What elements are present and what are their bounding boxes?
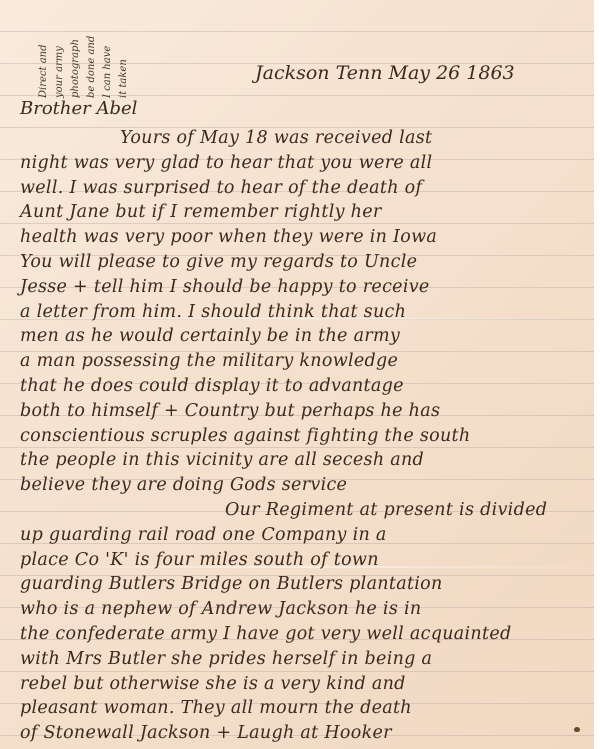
margin-note-line: I can have (102, 46, 113, 98)
margin-note: Direct and your army photograph be done … (36, 6, 136, 96)
letter-line: Our Regiment at present is divided (225, 500, 547, 520)
letter-line: Aunt Jane but if I remember rightly her (20, 202, 382, 222)
letter-line: place Co 'K' is four miles south of town (20, 550, 379, 570)
letter-line: of Stonewall Jackson + Laugh at Hooker (20, 723, 392, 743)
letter-line: the people in this vicinity are all sece… (20, 450, 424, 470)
letter-line: Jesse + tell him I should be happy to re… (20, 277, 430, 297)
letter-line: men as he would certainly be in the army (20, 326, 400, 346)
letter-line: a letter from him. I should think that s… (20, 302, 406, 322)
letter-line: with Mrs Butler she prides herself in be… (20, 649, 432, 669)
letter-line: that he does could display it to advanta… (20, 376, 404, 396)
margin-note-line: be done and (86, 36, 97, 98)
margin-note-line: Direct and (38, 44, 49, 98)
letter-line: the confederate army I have got very wel… (20, 624, 511, 644)
dateline: Jackson Tenn May 26 1863 (255, 62, 515, 84)
letter-line: night was very glad to hear that you wer… (20, 153, 432, 173)
letter-line: both to himself + Country but perhaps he… (20, 401, 440, 421)
margin-note-line: photograph (70, 39, 81, 98)
letter-line: believe they are doing Gods service (20, 475, 347, 495)
letter-line: You will please to give my regards to Un… (20, 252, 417, 272)
letter-line: conscientious scruples against fighting … (20, 426, 470, 446)
letter-line: who is a nephew of Andrew Jackson he is … (20, 599, 421, 619)
letter-line: well. I was surprised to hear of the dea… (20, 178, 422, 198)
ink-blot (574, 727, 580, 732)
letter-line: Yours of May 18 was received last (120, 128, 432, 148)
letter-line: pleasant woman. They all mourn the death (20, 698, 412, 718)
margin-note-line: it taken (118, 59, 129, 98)
letter-line: health was very poor when they were in I… (20, 227, 437, 247)
margin-note-line: your army (54, 46, 65, 98)
letter-page: Direct and your army photograph be done … (0, 0, 600, 749)
letter-line: a man possessing the military knowledge (20, 351, 398, 371)
letter-line: up guarding rail road one Company in a (20, 525, 387, 545)
letter-line: rebel but otherwise she is a very kind a… (20, 674, 406, 694)
letter-line: guarding Butlers Bridge on Butlers plant… (20, 574, 443, 594)
salutation: Brother Abel (20, 98, 137, 119)
